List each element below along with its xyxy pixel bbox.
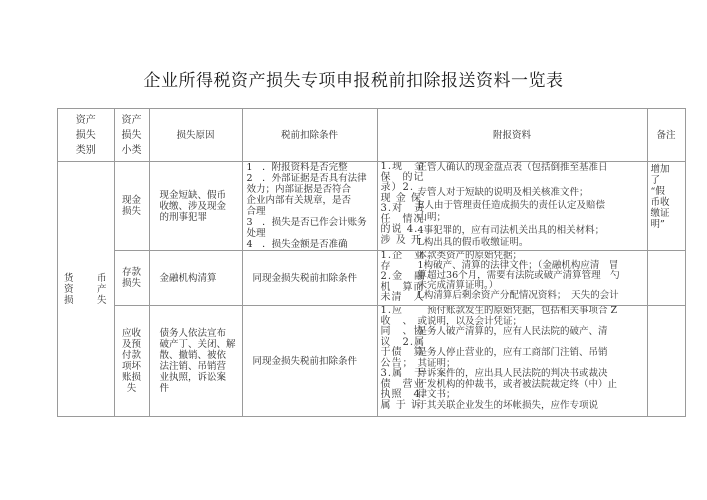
attachments-cell: 1.企 业 存 2.金 融 机 算而 未清 人 本款类资产的原始凭据； 1构破产… [377,251,647,306]
header-remarks: 备注 [647,109,685,162]
header-attachments: 附报资料 [377,109,647,162]
header-conditions: 税前扣除条件 [242,109,377,162]
attachments-numbering: 1.现 金 保 的记 录）2. 现 金 保 3.对 责 任 情况 的说 4. 涉… [381,162,419,246]
attachments-cell: 1.现 金 保 的记 录）2. 现 金 保 3.对 责 任 情况 的说 4. 涉… [377,162,647,251]
attachments-text: 本款类资产的原始凭据； 1构破产、清算的法律文件；（金融机构应清 冒 算超过36… [418,251,644,301]
subcategory-cell: 现金 损失 [114,162,149,251]
attachments-numbering: 1.企 业 存 2.金 融 机 算而 未清 人 [381,251,419,304]
conditions-cell: 同现金损失税前扣除条件 [242,251,377,306]
header-reason: 损失原因 [149,109,242,162]
header-row: 资产 损失 类别 资产 损失 小类 损失原因 税前扣除条件 附报资料 备注 [58,109,686,162]
subcategory-cell: 应收 及预 付款 项坏 账损 失 [114,306,149,417]
reason-cell: 现金短缺、假币 收缴、涉及现金 的刑事犯罪 [149,162,242,251]
header-category: 资产 损失 类别 [58,109,115,162]
attachments-text: 正管人确认的现金盘点表（包括倒推至基准日 专管人对于短缺的说明及相关核准文件； … [418,162,644,250]
attachments-text: 预付账款发生的原始凭据，包括相关事项合 Z 或说明，以及会计凭证； 是务人破产清… [418,306,644,411]
reason-cell: 金融机构清算 [149,251,242,306]
reason-cell: 债务人依法宣布 破产丁、关闭、解 散、撤销、被依 法注销、吊销营 业执照，诉讼案… [149,306,242,417]
category-cell: 货 币 资 产 损 失 [58,162,115,417]
table-row-receivables: 应收 及预 付款 项坏 账损 失 债务人依法宣布 破产丁、关闭、解 散、撤销、被… [58,306,686,417]
subcategory-cell: 存款 损失 [114,251,149,306]
table-row-cash: 货 币 资 产 损 失 现金 损失 现金短缺、假币 收缴、涉及现金 的刑事犯罪 … [58,162,686,251]
table-row-deposit: 存款 损失 金融机构清算 同现金损失税前扣除条件 1.企 业 存 2.金 融 机… [58,251,686,306]
header-subcategory: 资产 损失 小类 [114,109,149,162]
document-title: 企业所得税资产损失专项申报税前扣除报送资料一览表 [0,66,707,91]
attachments-numbering: 1.应 收 、 同 、协 议 2.属 于债 算 公告； 3.属 于 债 营业 执… [381,306,419,411]
attachments-cell: 1.应 收 、 同 、协 议 2.属 于债 算 公告； 3.属 于 债 营业 执… [377,306,647,417]
asset-loss-table: 资产 损失 类别 资产 损失 小类 损失原因 税前扣除条件 附报资料 备注 货 … [57,108,686,417]
remarks-cell [647,306,685,417]
conditions-cell: 同现金损失税前扣除条件 [242,306,377,417]
remarks-cell [647,251,685,306]
conditions-cell: 1 ．附报资料是否完整 2 ．外部证据是否具有法律 效力；内部证据是否符合 企业… [242,162,377,251]
remarks-cell: 增加 了 “假 币收 缴证 明” [647,162,685,251]
